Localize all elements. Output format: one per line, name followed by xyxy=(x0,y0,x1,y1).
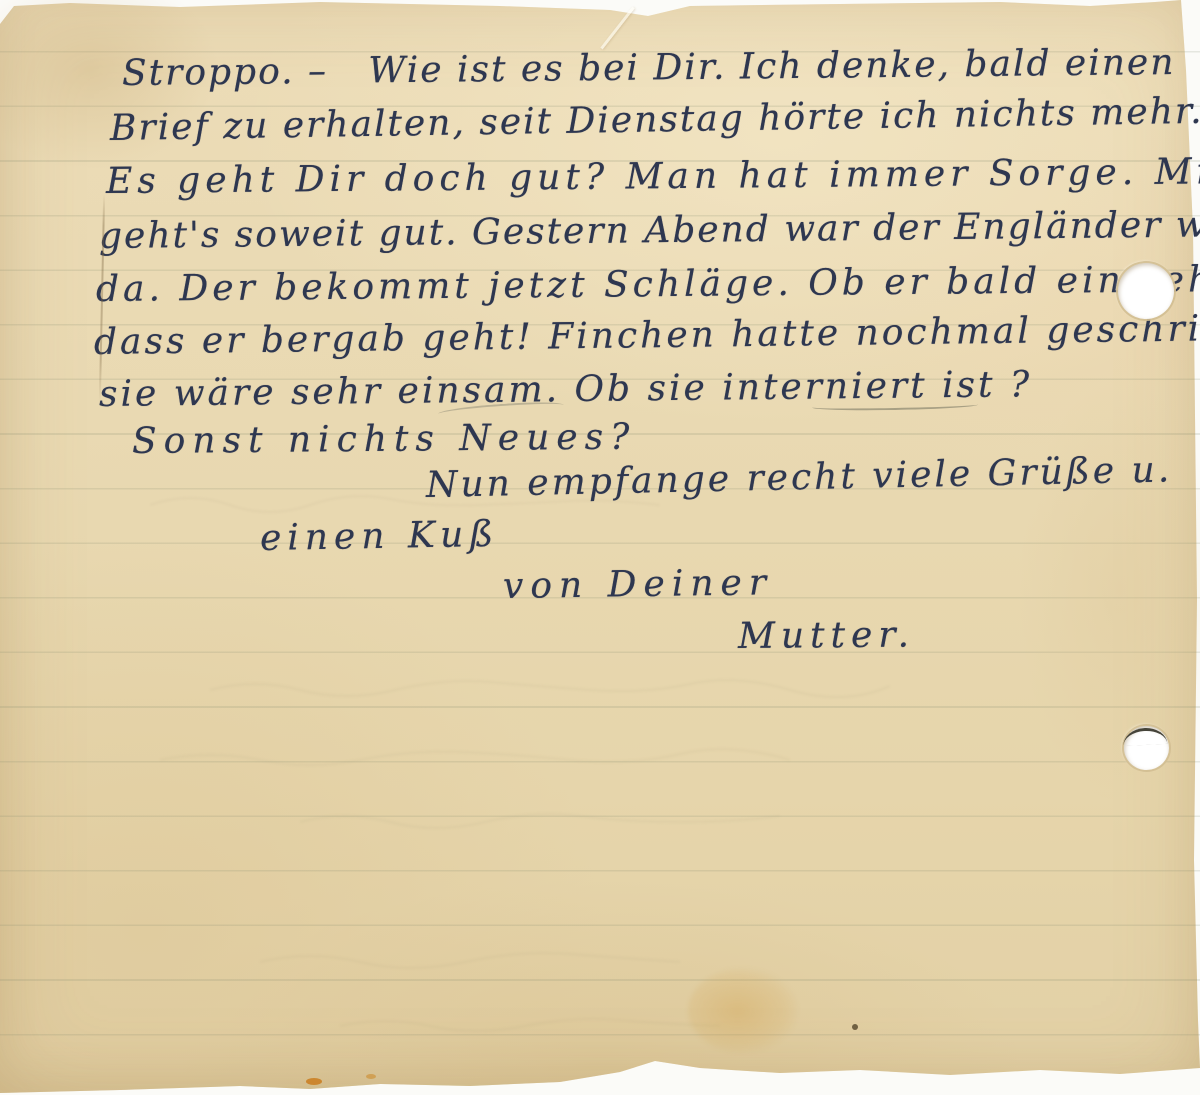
handwritten-line: da. Der bekommt jetzt Schläge. Ob er bal… xyxy=(96,262,1200,308)
letter-scan: Stroppo. – Wie ist es bei Dir. Ich denke… xyxy=(0,0,1200,1095)
signature-mutter: Mutter. xyxy=(738,617,915,655)
punch-hole xyxy=(1118,263,1174,319)
handwritten-line: Es geht Dir doch gut? Man hat immer Sorg… xyxy=(106,154,1200,200)
handwritten-closing-line: von Deiner xyxy=(503,565,774,605)
handwritten-closing-line: einen Kuß xyxy=(260,517,500,557)
handwritten-line: Sonst nichts Neues? xyxy=(132,420,637,460)
